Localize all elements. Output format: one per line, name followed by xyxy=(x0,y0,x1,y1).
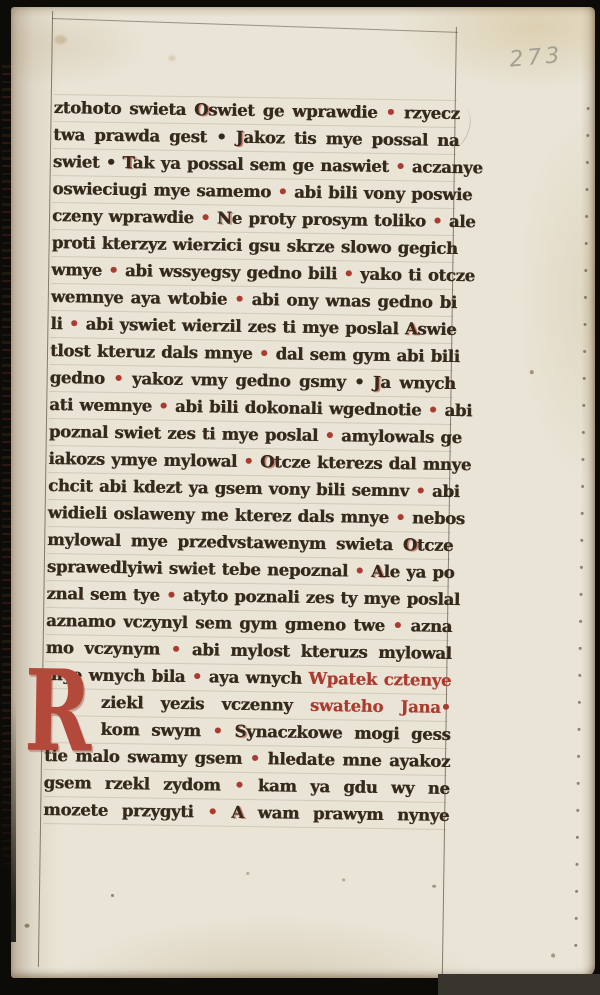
stain xyxy=(432,885,436,888)
top-ruling-line xyxy=(52,18,458,33)
stain xyxy=(55,35,67,44)
page-content: 273 ztohoto swieta Oswiet ge wprawdie • … xyxy=(11,7,595,978)
stain xyxy=(24,924,29,928)
illuminated-initial-r: R xyxy=(24,660,93,773)
stain xyxy=(342,878,345,881)
gutter-shadow xyxy=(0,700,16,942)
pricking-holes xyxy=(11,7,595,15)
stain xyxy=(530,370,534,374)
stain xyxy=(168,56,175,61)
folio-number: 273 xyxy=(508,43,564,73)
manuscript-page: 273 ztohoto swieta Oswiet ge wprawdie • … xyxy=(11,7,595,978)
ruling-lines xyxy=(11,7,595,15)
stain xyxy=(551,954,555,958)
stain xyxy=(111,894,114,897)
manuscript-photo: 273 ztohoto swieta Oswiet ge wprawdie • … xyxy=(0,0,600,995)
underlying-page-edge xyxy=(438,974,600,995)
text-block: ztohoto swieta Oswiet ge wprawdie • rzye… xyxy=(43,94,460,829)
stain xyxy=(246,872,249,875)
